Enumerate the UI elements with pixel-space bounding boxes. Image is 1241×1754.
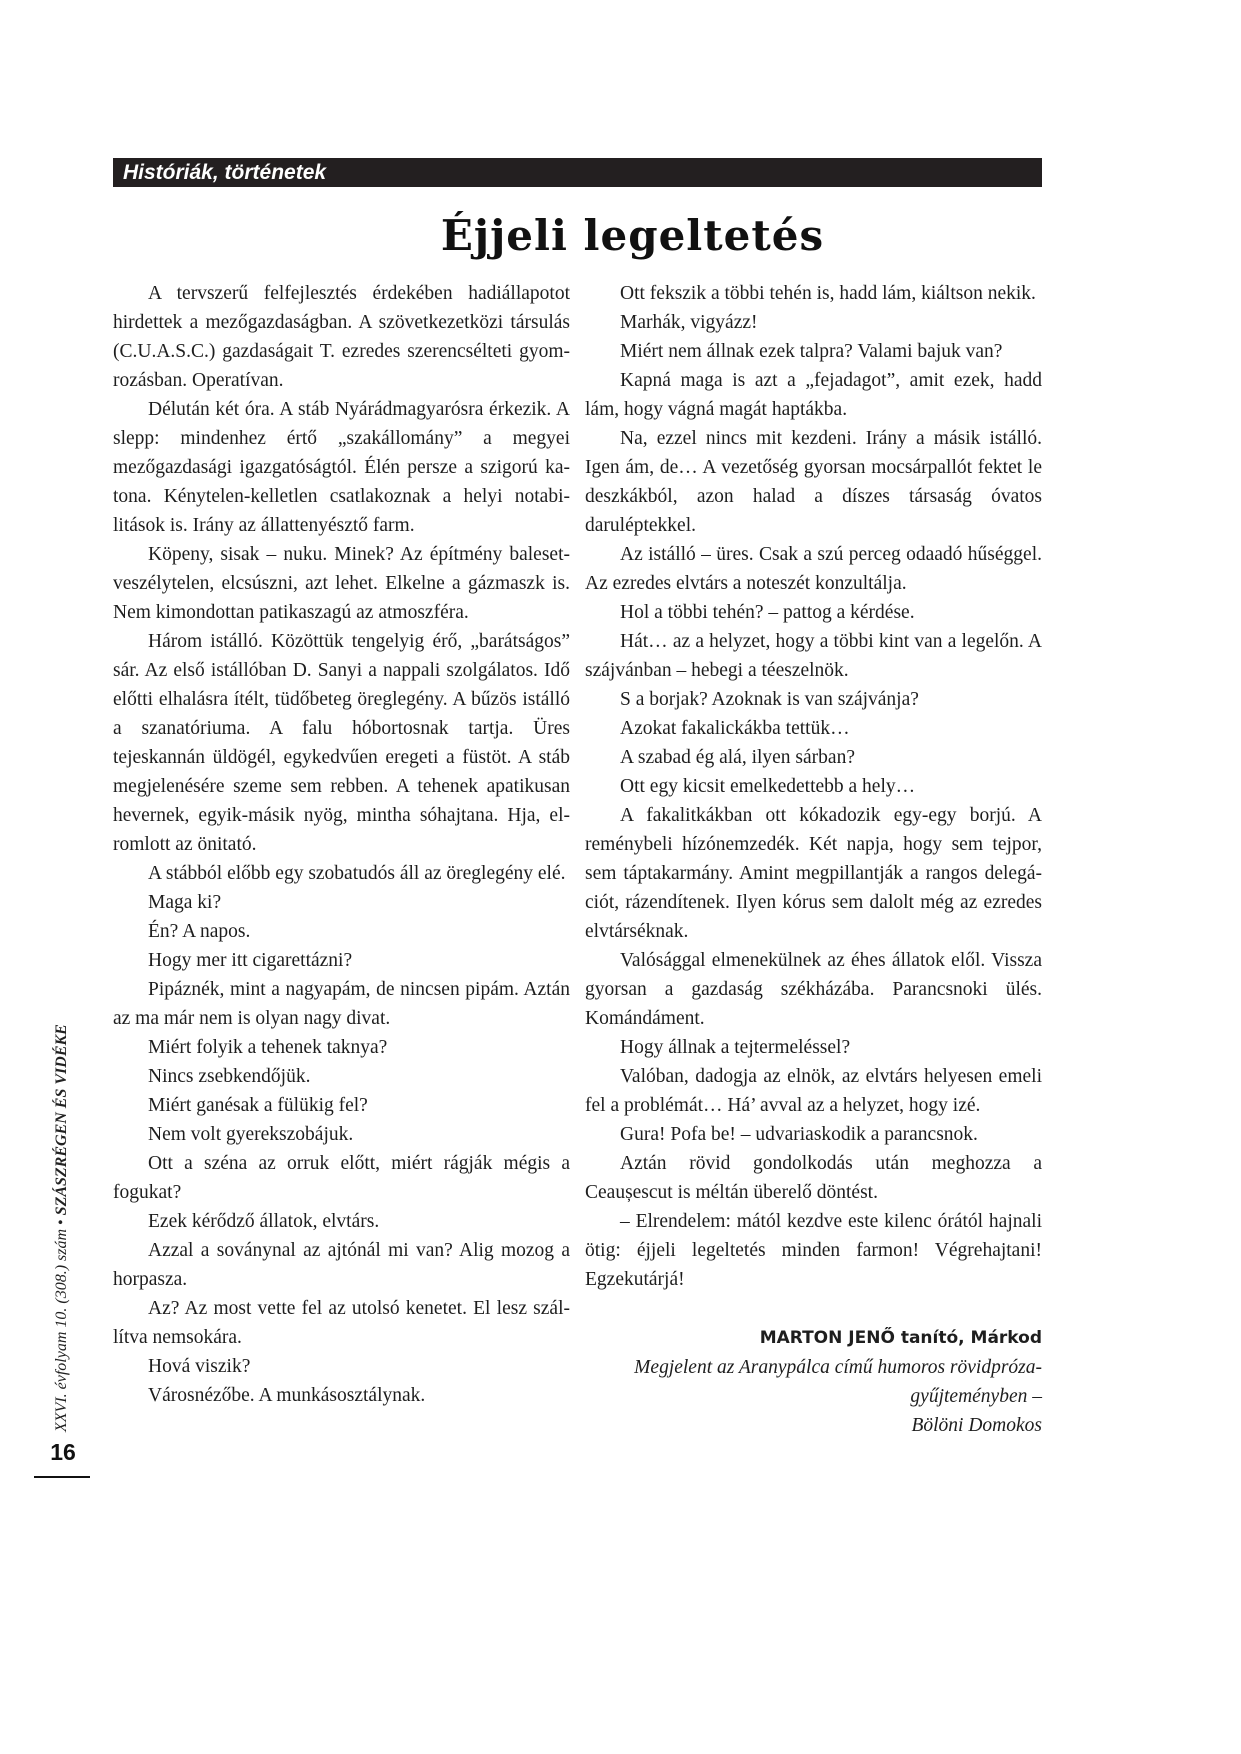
paragraph: Ott a széna az orruk előtt, miért rágják…	[113, 1149, 570, 1207]
source-line: Bölöni Domokos	[585, 1411, 1042, 1440]
article-title: Éjjeli legeltetés	[113, 204, 1042, 268]
paragraph: Nem volt gyerekszobájuk.	[113, 1120, 570, 1149]
volume-info: XXVI. évfolyam 10. (308.) szám	[53, 1229, 70, 1432]
paragraph: Hogy mer itt cigarettázni?	[113, 946, 570, 975]
paragraph: Miért folyik a tehenek taknya?	[113, 1033, 570, 1062]
paragraph: A stábból előbb egy szobatudós áll az ör…	[113, 859, 570, 888]
paragraph: Nincs zsebkendőjük.	[113, 1062, 570, 1091]
separator-dot: •	[53, 1219, 70, 1225]
paragraph: Valóban, dadogja az elnök, az elvtárs he…	[585, 1062, 1042, 1120]
paragraph: Városnézőbe. A munkásosztálynak.	[113, 1381, 570, 1410]
paragraph: Az istálló – üres. Csak a szú perceg oda…	[585, 540, 1042, 598]
paragraph: A fakalitkákban ott kókadozik egy-egy bo…	[585, 801, 1042, 946]
paragraph: Aztán rövid gondolkodás után meghozza a …	[585, 1149, 1042, 1207]
right-column: Ott fekszik a többi tehén is, hadd lám, …	[585, 279, 1042, 1294]
author-byline: MARTON JENŐ tanító, Márkod	[585, 1324, 1042, 1353]
paragraph: Na, ezzel nincs mit kezdeni. Irány a más…	[585, 424, 1042, 540]
paragraph: Gura! Pofa be! – udvariaskodik a parancs…	[585, 1120, 1042, 1149]
publication-name: SZÁSZRÉGEN ÉS VIDÉKE	[53, 1024, 70, 1215]
paragraph: Három istálló. Közöttük tengelyig érő, „…	[113, 627, 570, 859]
source-line: gyűjteményben –	[585, 1382, 1042, 1411]
running-footer: XXVI. évfolyam 10. (308.) szám • SZÁSZRÉ…	[52, 1024, 72, 1432]
section-header: Históriák, történetek	[113, 158, 1042, 187]
paragraph: – Elrendelem: mától kezdve este kilenc ó…	[585, 1207, 1042, 1294]
page-number-rule	[34, 1476, 90, 1478]
paragraph: Azzal a soványnal az ajtónál mi van? Ali…	[113, 1236, 570, 1294]
paragraph: S a borjak? Azoknak is van szájvánja?	[585, 685, 1042, 714]
left-column: A tervszerű felfejlesztés érdekében hadi…	[113, 279, 570, 1410]
paragraph: Miért ganésak a fülükig fel?	[113, 1091, 570, 1120]
paragraph: A szabad ég alá, ilyen sárban?	[585, 743, 1042, 772]
paragraph: Ezek kérődző állatok, elvtárs.	[113, 1207, 570, 1236]
paragraph: Marhák, vigyázz!	[585, 308, 1042, 337]
paragraph: Hol a többi tehén? – pattog a kérdése.	[585, 598, 1042, 627]
paragraph: Pipáznék, mint a nagyapám, de nincsen pi…	[113, 975, 570, 1033]
paragraph: Az? Az most vette fel az utolsó kenetet.…	[113, 1294, 570, 1352]
paragraph: Miért nem állnak ezek talpra? Valami baj…	[585, 337, 1042, 366]
paragraph: Köpeny, sisak – nuku. Minek? Az építmény…	[113, 540, 570, 627]
page-number: 16	[36, 1437, 90, 1467]
paragraph: Ott fekszik a többi tehén is, hadd lám, …	[585, 279, 1042, 308]
paragraph: Kapná maga is azt a „fejadagot”, amit ez…	[585, 366, 1042, 424]
paragraph: Ott egy kicsit emelkedettebb a hely…	[585, 772, 1042, 801]
paragraph: Hát… az a helyzet, hogy a többi kint van…	[585, 627, 1042, 685]
paragraph: Valósággal elmenekülnek az éhes állatok …	[585, 946, 1042, 1033]
source-line: Megjelent az Aranypálca című humoros röv…	[585, 1353, 1042, 1382]
paragraph: Én? A napos.	[113, 917, 570, 946]
paragraph: Hogy állnak a tejtermeléssel?	[585, 1033, 1042, 1062]
paragraph: Hová viszik?	[113, 1352, 570, 1381]
section-label: Históriák, történetek	[123, 161, 326, 184]
paragraph: Délután két óra. A stáb Nyárádmagyarósra…	[113, 395, 570, 540]
paragraph: Azokat fakalickákba tettük…	[585, 714, 1042, 743]
source-note: Megjelent az Aranypálca című humoros röv…	[585, 1353, 1042, 1440]
paragraph: Maga ki?	[113, 888, 570, 917]
paragraph: A tervszerű felfejlesztés érdekében hadi…	[113, 279, 570, 395]
